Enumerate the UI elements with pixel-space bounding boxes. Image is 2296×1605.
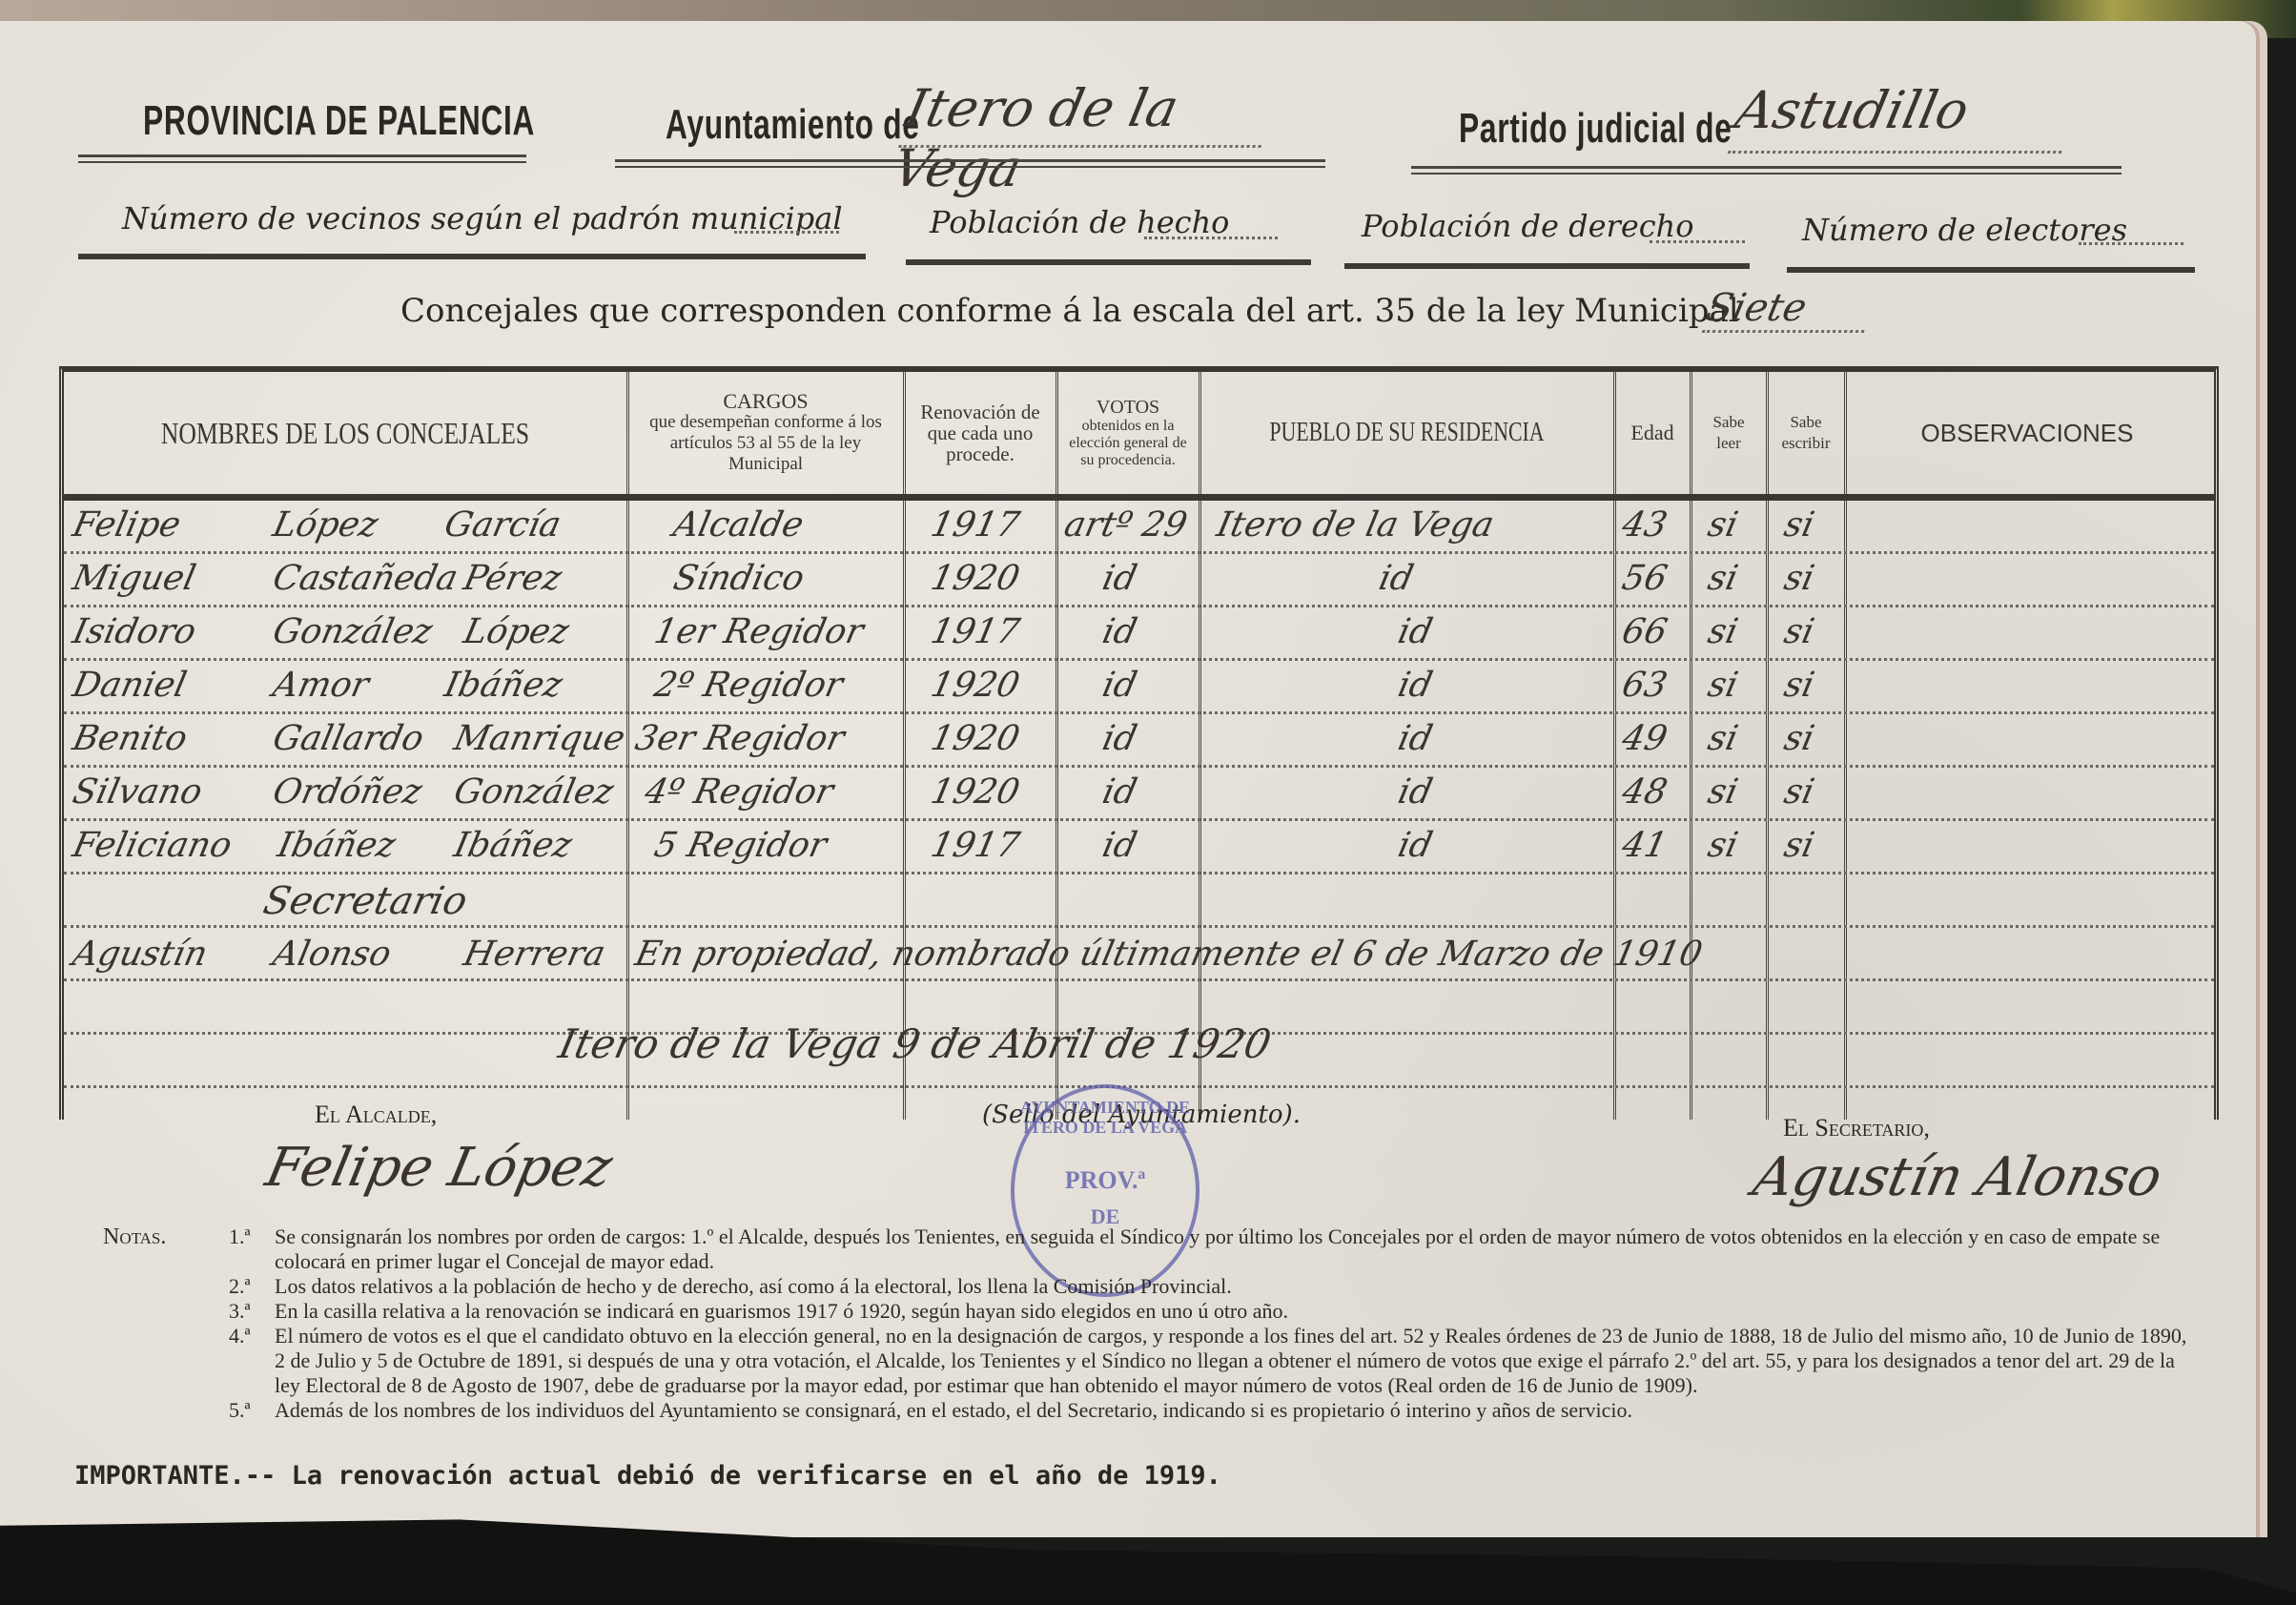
divider (1344, 263, 1750, 269)
apellido2: Herrera (461, 935, 609, 974)
edad: 41 (1619, 826, 1671, 865)
sabe-leer: si (1705, 505, 1742, 545)
note-number: 1.ª (229, 1224, 263, 1274)
apellido2: González (451, 772, 618, 812)
sabe-leer: si (1705, 666, 1742, 705)
note-item: 4.ª El número de votos es el que el cand… (229, 1324, 2193, 1398)
pueblo: id (1395, 666, 1436, 705)
poblacion-hecho-field[interactable] (1144, 237, 1278, 239)
nombre: Felipe (70, 505, 184, 545)
poblacion-derecho-label: Población de derecho (1362, 208, 1694, 244)
poblacion-derecho-field[interactable] (1650, 240, 1745, 243)
renovacion: 1917 (928, 826, 1023, 865)
ayuntamiento-value[interactable]: Itero de la Vega (898, 78, 1276, 148)
renovacion: 1920 (928, 559, 1023, 598)
row-rule (64, 925, 2214, 928)
apellido2: Pérez (461, 559, 565, 598)
apellido2: Ibáñez (451, 826, 576, 865)
sabe-escribir: si (1781, 505, 1818, 545)
header-edad: Edad (1615, 372, 1690, 494)
nombre: Silvano (70, 772, 206, 812)
sabe-leer: si (1705, 612, 1742, 651)
note-text: Se consignarán los nombres por orden de … (275, 1224, 2193, 1274)
concejales-table: NOMBRES DE LOS CONCEJALES CARGOS que des… (59, 366, 2219, 1120)
header-cargos: CARGOS que desempeñan conforme á los art… (628, 372, 903, 494)
renovacion: 1917 (928, 505, 1023, 545)
note-item: 3.ª En la casilla relativa a la renovaci… (229, 1299, 2193, 1324)
importante-note: IMPORTANTE.-- La renovación actual debió… (74, 1461, 1221, 1491)
header-observaciones: OBSERVACIONES (1846, 372, 2208, 494)
sabe-leer: si (1705, 719, 1742, 758)
votos: id (1099, 826, 1140, 865)
sabe-escribir: si (1781, 719, 1818, 758)
vecinos-field[interactable] (734, 231, 839, 234)
partido-label: Partido judicial de (1459, 105, 1732, 153)
header-rule (64, 494, 2214, 501)
header-sabe-leer: Sabe leer (1691, 372, 1766, 494)
edad: 63 (1619, 666, 1671, 705)
pueblo: id (1395, 719, 1436, 758)
secretario-signature: Agustín Alonso (1748, 1146, 2167, 1208)
votos: artº 29 (1061, 505, 1191, 545)
sabe-leer: si (1705, 772, 1742, 812)
apellido1: Castañeda (270, 559, 461, 598)
cargo: Alcalde (670, 505, 808, 545)
secretario-heading: Secretario (259, 879, 471, 923)
renovacion: 1920 (928, 772, 1023, 812)
sabe-escribir: si (1781, 559, 1818, 598)
renovacion: 1917 (928, 612, 1023, 651)
renovacion: 1920 (928, 719, 1023, 758)
note-text: En la casilla relativa a la renovación s… (275, 1299, 1288, 1324)
notes-label: Notas. (103, 1224, 166, 1249)
pueblo: id (1395, 772, 1436, 812)
apellido2: García (441, 505, 564, 545)
electores-field[interactable] (2079, 242, 2183, 245)
note-text: Los datos relativos a la población de he… (275, 1274, 1232, 1299)
sabe-leer: si (1705, 559, 1742, 598)
renovacion: 1920 (928, 666, 1023, 705)
fecha: Itero de la Vega 9 de Abril de 1920 (555, 1020, 1276, 1067)
note-text: El número de votos es el que el candidat… (275, 1324, 2193, 1398)
header-pueblo: PUEBLO DE SU RESIDENCIA (1246, 372, 1568, 494)
sabe-escribir: si (1781, 826, 1818, 865)
cargo: 1er Regidor (651, 612, 867, 651)
concejales-label: Concejales que corresponden conforme á l… (400, 292, 1739, 330)
cargo: 3er Regidor (632, 719, 848, 758)
sabe-leer: si (1705, 826, 1742, 865)
header-votos: VOTOS obtenidos en la elección general d… (1057, 372, 1199, 494)
nombre: Agustín (70, 935, 212, 974)
pueblo: id (1395, 612, 1436, 651)
stamp-ring-text: AYUNTAMIENTO DE ITERO DE LA VEGA (1015, 1098, 1196, 1138)
concejales-value[interactable]: Siete (1702, 286, 1874, 333)
note-number: 3.ª (229, 1299, 263, 1324)
divider (78, 254, 866, 259)
document-page: PROVINCIA DE PALENCIA Ayuntamiento de It… (0, 21, 2267, 1537)
alcalde-label: El Alcalde, (315, 1101, 437, 1129)
note-item: 5.ª Además de los nombres de los individ… (229, 1398, 2193, 1423)
row-rule (64, 818, 2214, 821)
header-votos-title: VOTOS (1097, 397, 1159, 418)
apellido1: González (270, 612, 437, 651)
secretario-nota: En propiedad, nombrado últimamente el 6 … (632, 935, 1706, 974)
notes-list: 1.ª Se consignarán los nombres por orden… (229, 1224, 2193, 1423)
edad: 66 (1619, 612, 1671, 651)
row-rule (64, 711, 2214, 714)
row-rule (64, 658, 2214, 661)
cargo: Síndico (670, 559, 808, 598)
pueblo: id (1395, 826, 1436, 865)
nombre: Benito (70, 719, 191, 758)
note-item: 2.ª Los datos relativos a la población d… (229, 1274, 2193, 1299)
edad: 43 (1619, 505, 1671, 545)
partido-value[interactable]: Astudillo (1728, 80, 2077, 154)
cargo: 4º Regidor (642, 772, 837, 812)
header-votos-sub: obtenidos en la elección general de su p… (1057, 418, 1199, 469)
stamp-center-1: PROV.ª (1015, 1166, 1196, 1195)
row-rule (64, 605, 2214, 607)
apellido1: Ordóñez (270, 772, 426, 812)
note-text: Además de los nombres de los individuos … (275, 1398, 1632, 1423)
edad: 48 (1619, 772, 1671, 812)
note-number: 4.ª (229, 1324, 263, 1398)
row-rule (64, 872, 2214, 875)
row-rule (64, 1085, 2214, 1088)
edad: 49 (1619, 719, 1671, 758)
apellido1: Alonso (270, 935, 395, 974)
note-number: 5.ª (229, 1398, 263, 1423)
pueblo: Itero de la Vega (1214, 505, 1498, 545)
apellido2: Manrique (451, 719, 628, 758)
nombre: Feliciano (70, 826, 236, 865)
apellido1: López (270, 505, 382, 545)
header-cargos-title: CARGOS (723, 391, 808, 412)
divider (906, 259, 1311, 265)
sabe-escribir: si (1781, 612, 1818, 651)
sabe-escribir: si (1781, 666, 1818, 705)
votos: id (1099, 612, 1140, 651)
divider (78, 154, 526, 163)
apellido2: Ibáñez (441, 666, 566, 705)
divider (1411, 166, 2122, 175)
pueblo: id (1376, 559, 1417, 598)
apellido1: Amor (270, 666, 373, 705)
nombre: Miguel (70, 559, 199, 598)
header-nombres: NOMBRES DE LOS CONCEJALES (120, 372, 570, 494)
divider (1787, 267, 2195, 273)
row-rule (64, 978, 2214, 981)
alcalde-signature: Felipe López (260, 1137, 618, 1199)
votos: id (1099, 666, 1140, 705)
row-rule (64, 765, 2214, 768)
ayuntamiento-label: Ayuntamiento de (666, 101, 920, 149)
nombre: Isidoro (70, 612, 200, 651)
cargo: 2º Regidor (651, 666, 847, 705)
votos: id (1099, 772, 1140, 812)
col-divider (1199, 372, 1201, 1120)
row-rule (64, 551, 2214, 554)
apellido2: López (461, 612, 573, 651)
divider (615, 159, 1325, 168)
edad: 56 (1619, 559, 1671, 598)
note-item: 1.ª Se consignarán los nombres por orden… (229, 1224, 2193, 1274)
sabe-escribir: si (1781, 772, 1818, 812)
apellido1: Gallardo (270, 719, 427, 758)
secretario-label: El Secretario, (1783, 1114, 1930, 1142)
nombre: Daniel (70, 666, 191, 705)
header-renovacion: Renovación de que cada uno procede. (905, 372, 1056, 494)
header-cargos-sub: que desempeñan conforme á los artículos … (628, 412, 903, 475)
apellido1: Ibáñez (275, 826, 400, 865)
cargo: 5 Regidor (651, 826, 830, 865)
note-number: 2.ª (229, 1274, 263, 1299)
header-sabe-escribir: Sabe escribir (1768, 372, 1844, 494)
votos: id (1099, 559, 1140, 598)
provincia-title: PROVINCIA DE PALENCIA (143, 97, 535, 145)
poblacion-hecho-label: Población de hecho (930, 204, 1229, 240)
votos: id (1099, 719, 1140, 758)
